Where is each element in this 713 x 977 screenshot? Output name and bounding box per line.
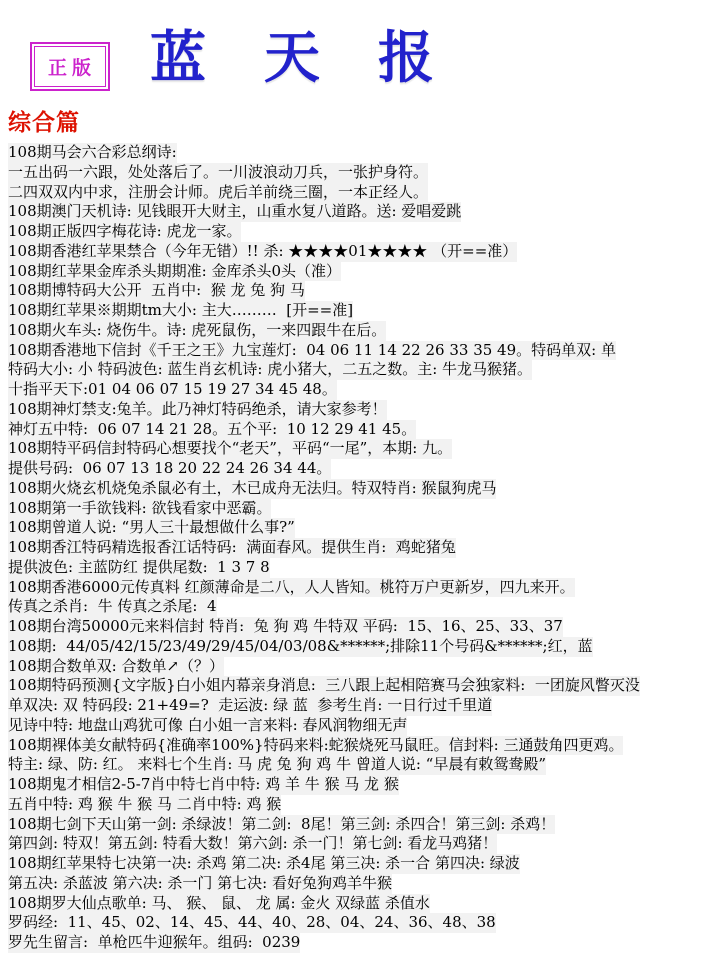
report-line: 108期: 44/05/42/15/23/49/29/45/04/03/08&*… — [8, 637, 708, 657]
report-line: 二四双双内中求，注册会计师。虎后羊前绕三圈，一本正经人。 — [8, 183, 708, 203]
report-line: 提供号码: 06 07 13 18 20 22 24 26 34 44。 — [8, 459, 708, 479]
report-line: 108期火车头: 烧伤牛。诗: 虎死鼠伤，一来四跟牛在后。 — [8, 321, 708, 341]
report-line: 108期香港地下信封《千王之王》九宝莲灯: 04 06 11 14 22 26 … — [8, 341, 708, 361]
report-line: 108期神灯禁支:兔羊。此乃神灯特码绝杀，请大家参考！ — [8, 400, 708, 420]
report-body: 108期马会六合彩总纲诗:一五出码一六跟，处处落后了。一川波浪动刀兵，一张护身符… — [8, 143, 708, 953]
report-line: 第五决: 杀蓝波 第六决: 杀一门 第七决: 看好兔狗鸡羊牛猴 — [8, 874, 708, 894]
report-line: 108期七剑下天山第一剑: 杀绿波！第二剑: 8尾！第三剑: 杀四合！第三剑: … — [8, 815, 708, 835]
report-line: 108期合数单双: 合数单↗（？） — [8, 657, 708, 677]
report-line: 108期台湾50000元来料信封 特肖: 兔 狗 鸡 牛特双 平码: 15、16… — [8, 617, 708, 637]
report-line: 108期博特码大公开 五肖中: 猴 龙 兔 狗 马 — [8, 281, 708, 301]
report-line: 神灯五中特: 06 07 14 21 28。五个平: 10 12 29 41 4… — [8, 420, 708, 440]
report-line: 108期正版四字梅花诗: 虎龙一家。 — [8, 222, 708, 242]
report-line: 108期红苹果特七决第一决: 杀鸡 第二决: 杀4尾 第三决: 杀一合 第四决:… — [8, 854, 708, 874]
report-line: 特码大小: 小 特码波色: 蓝生肖玄机诗: 虎小猪大，二五之数。主: 牛龙马猴猪… — [8, 360, 708, 380]
authentic-badge: 正版 — [30, 42, 110, 91]
lantian-report-page: 正版 蓝天报 综合篇 108期马会六合彩总纲诗:一五出码一六跟，处处落后了。一川… — [0, 0, 713, 977]
report-line: 108期澳门天机诗: 见钱眼开大财主，山重水复八道路。送: 爱唱爱跳 — [8, 202, 708, 222]
report-line: 见诗中特: 地盘山鸡犹可像 白小姐一言来料: 春风润物细无声 — [8, 716, 708, 736]
report-line: 一五出码一六跟，处处落后了。一川波浪动刀兵，一张护身符。 — [8, 163, 708, 183]
report-line: 五肖中特: 鸡 猴 牛 猴 马 二肖中特: 鸡 猴 — [8, 795, 708, 815]
report-line: 108期曾道人说: “男人三十最想做什么事?” — [8, 518, 708, 538]
report-line: 108期香港红苹果禁合（今年无错）!! 杀: ★★★★01★★★★ （开==准） — [8, 242, 708, 262]
report-line: 十指平天下:01 04 06 07 15 19 27 34 45 48。 — [8, 380, 708, 400]
report-line: 108期马会六合彩总纲诗: — [8, 143, 708, 163]
report-line: 特主: 绿、防: 红。 来料七个生肖: 马 虎 兔 狗 鸡 牛 曾道人说: “早… — [8, 755, 708, 775]
report-line: 108期香江特码精选报香江话特码: 满面春风。提供生肖: 鸡蛇猪兔 — [8, 538, 708, 558]
report-line: 108期鬼才相信2-5-7肖中特七肖中特: 鸡 羊 牛 猴 马 龙 猴 — [8, 775, 708, 795]
report-line: 第四剑: 特双！第五剑: 特看大数！第六剑: 杀一门！第七剑: 看龙马鸡猪！ — [8, 834, 708, 854]
report-line: 108期裸体美女献特码{准确率100%}特码来料:蛇猴烧死马鼠旺。信封料: 三通… — [8, 736, 708, 756]
report-line: 108期特码预测{文字版}白小姐内幕亲身消息: 三八跟上起相陪赛马会独家料: 一… — [8, 676, 708, 696]
report-line: 罗先生留言: 单枪匹牛迎猴年。组码: 0239 — [8, 933, 708, 953]
report-line: 罗码经: 11、45、02、14、45、44、40、28、04、24、36、48… — [8, 913, 708, 933]
page-title: 蓝天报 — [150, 14, 492, 94]
section-heading: 综合篇 — [8, 104, 80, 137]
report-line: 108期火烧玄机烧兔杀鼠必有土，木已成舟无法归。特双特肖: 猴鼠狗虎马 — [8, 479, 708, 499]
report-line: 108期香港6000元传真料 红颜薄命是二八，人人皆知。桃符万户更新岁，四九来开… — [8, 578, 708, 598]
report-line: 108期特平码信封特码心想要找个“老天”，平码“一尾”，本期: 九。 — [8, 439, 708, 459]
report-line: 单双决: 双 特码段: 21+49=? 走运波: 绿 蓝 参考生肖: 一日行过千… — [8, 696, 708, 716]
report-line: 108期红苹果※期期tm大小: 主大……… [开==准] — [8, 301, 708, 321]
report-line: 108期红苹果金库杀头期期准: 金库杀头0头（准） — [8, 262, 708, 282]
report-line: 传真之杀肖: 牛 传真之杀尾: 4 — [8, 597, 708, 617]
report-line: 108期第一手欲钱料: 欲钱看家中恶霸。 — [8, 499, 708, 519]
report-line: 提供波色: 主蓝防红 提供尾数: 1 3 7 8 — [8, 558, 708, 578]
report-line: 108期罗大仙点歌单: 马、 猴、 鼠、 龙 属: 金火 双绿蓝 杀值水 — [8, 894, 708, 914]
